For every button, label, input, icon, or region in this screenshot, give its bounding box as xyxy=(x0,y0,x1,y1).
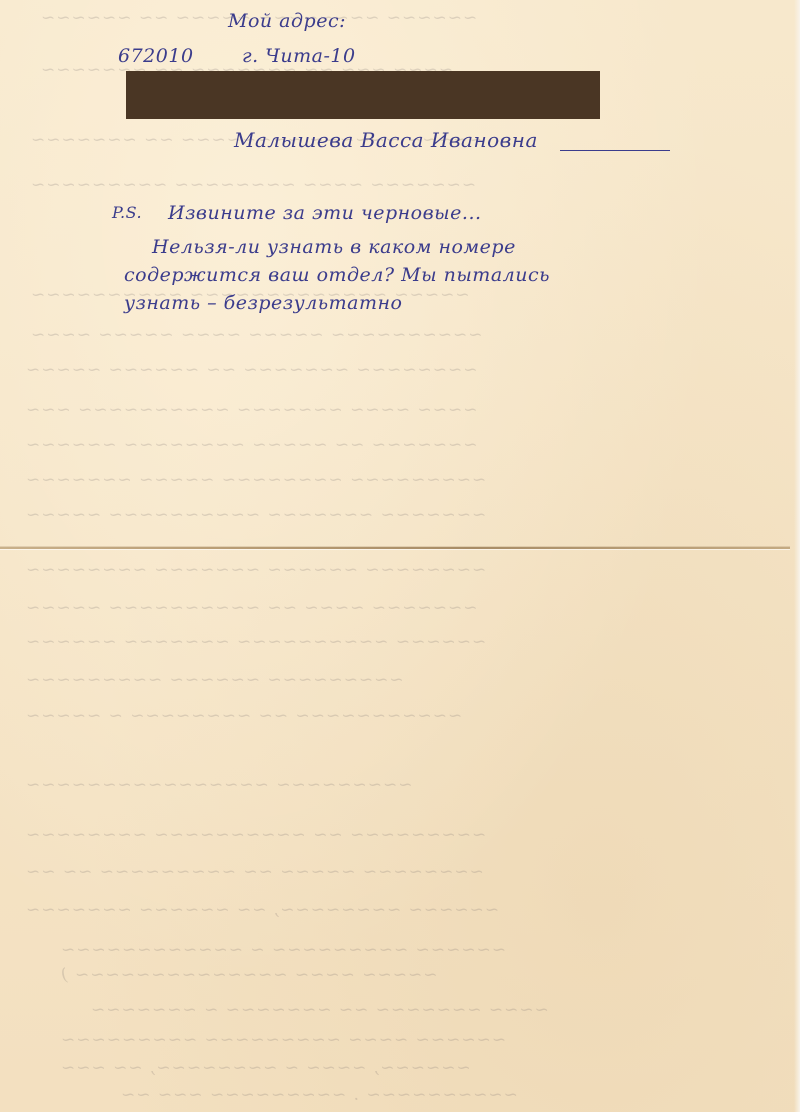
city: г. Чита-10 xyxy=(242,45,356,67)
bleed-line: ~~~~~~ ~~~~ ~~~~~~~~~ ~~~~~~~~~ xyxy=(60,1030,506,1050)
bleed-line: ~~~~~~~~~~ ~~~~~ ~~~~ ~~~~~ ~~~~ xyxy=(30,325,482,345)
address-heading: Мой адрес: xyxy=(228,10,346,32)
bleed-line: ~~~~~~~~~ ~~~~~~~~~~~~~~~~ xyxy=(25,775,413,795)
signature-name: Малышева Васса Ивановна xyxy=(234,128,538,152)
bleed-line: ~~~~~~~~ ~~~~~ ~~ ~~~~~~~~~ ~~ ~~ xyxy=(25,862,484,882)
bleed-line: ~~~~ ~~~~~~~ ~~ ~~~~~~~ ~ ~~~~~~~ xyxy=(90,1000,549,1020)
bleed-line: ~~~~~~~ ~~~~ ~~~~~~~~ ~~~~~~~~~ xyxy=(30,175,476,195)
bleed-line: ~~~~~~~~ ~~~~~~ ~~~~~~~ ~~~~~~~~ xyxy=(25,560,486,580)
paper-fold-crease xyxy=(0,547,790,549)
bleed-line: ~~~~~~~~ ~~~~~~~ ~~ ~~~~~~ ~~~~~ xyxy=(25,360,477,380)
letter-page: ~~~~~~ ~~~~~~~~ ~~~~~ ~~ ~~~~~~ ~~~~ ~~~… xyxy=(0,0,800,1112)
bleed-line: ~~~~~~ ~~~~~~~~, ~~ ~~~~~~ ~~~~~~~ xyxy=(25,900,499,920)
bleed-line: ~~~~~~, ~~~~ ~ ~~~~~~~~, ~~ ~~~ xyxy=(60,1058,471,1078)
bleed-line: ~~~~ ~~~~ ~~~~~~~ ~~~~~~~~~~ ~~~ xyxy=(25,400,477,420)
bleed-line: ~~~~~~ ~~~~~~~~~~ ~~~~~~~ ~~~~~~ xyxy=(25,632,486,652)
ps-line-3: содержится ваш отдел? Мы пытались xyxy=(124,264,550,286)
bleed-line: ~~~~~~ ~~~~~~~~~ ~ ~~~~~~~~~~~~ xyxy=(60,940,506,960)
ps-line-4: узнать – безрезультатно xyxy=(124,292,402,314)
redacted-address xyxy=(126,71,600,119)
ps-line-2: Нельзя-ли узнать в каком номере xyxy=(152,236,516,258)
bleed-line: ~~~~~~~ ~~~~~~~ ~~~~~~~~~~ ~~~~~ xyxy=(25,505,486,525)
postal-code: 672010 xyxy=(118,45,194,67)
bleed-line: ~~~~~~~~~~ . ~~~~~~~~~ ~~~ ~~ xyxy=(120,1085,518,1105)
signature-underline xyxy=(560,150,670,151)
ps-line-1: Извините за эти черновые... xyxy=(168,202,482,224)
bleed-line: ~~~~~~~ ~~~~ ~~ ~~~~~~~~~~ ~~~~~ xyxy=(25,598,477,618)
bleed-line: ~~~~~~~~~ ~~ ~~~~~~~~~~ ~~~~~~~~ xyxy=(25,825,486,845)
ps-label: P.S. xyxy=(112,203,142,222)
bleed-line: ~~~~~~~~~~~ ~~ ~~~~~~~~ ~ ~~~~~ xyxy=(25,706,462,726)
paper-edge xyxy=(794,0,800,1112)
bleed-line: ~~~~~~~~~ ~~~~~~ ~~~~~~~~~ xyxy=(25,670,404,690)
bleed-line: ~~~~~~~ ~~ ~~~~~ ~~~~~~~~ ~~~~~~ xyxy=(25,435,477,455)
bleed-line: ~~~~~~~~~ ~~~~~~~~ ~~~~~ ~~~~~~~ xyxy=(25,470,486,490)
bleed-line: ~~~~~ ~~~~ ~~~~~~~~~~~~~~ ) xyxy=(60,965,437,985)
